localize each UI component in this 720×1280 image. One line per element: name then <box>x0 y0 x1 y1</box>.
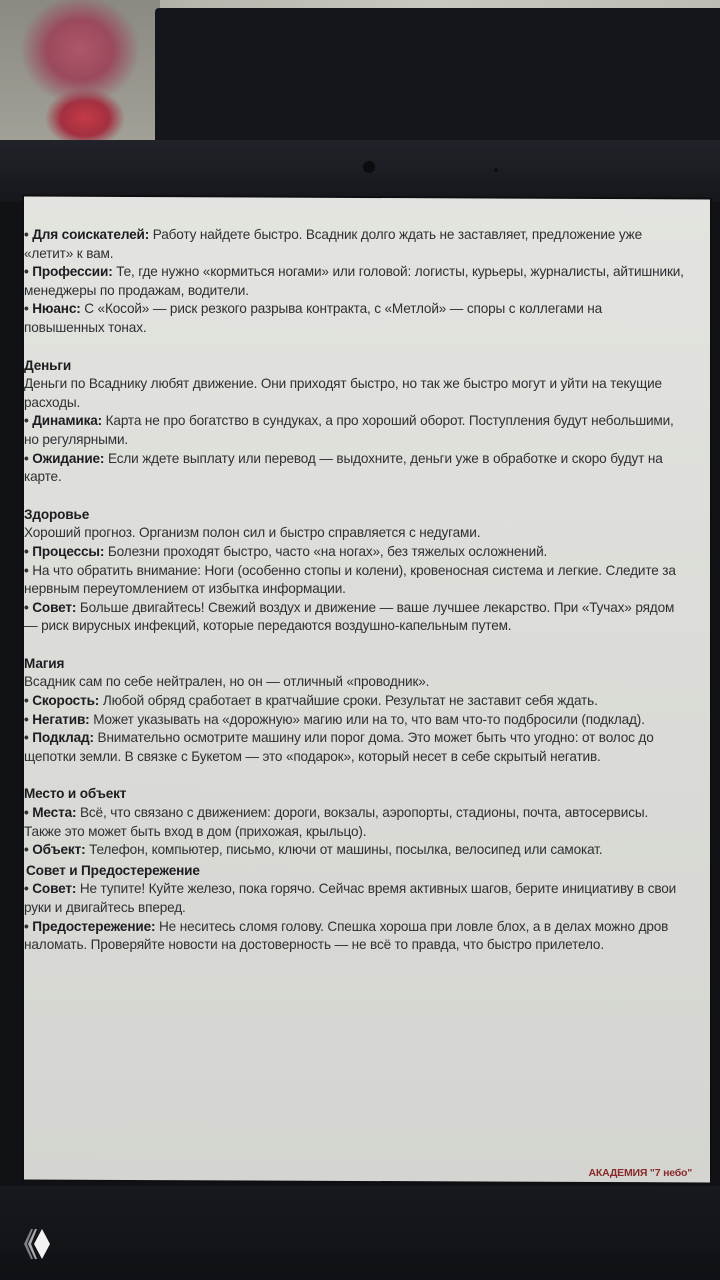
bullet-item: Объект: Телефон, компьютер, письмо, ключ… <box>24 841 684 860</box>
section-title: Здоровье <box>24 506 684 525</box>
camera-indicator <box>494 168 498 172</box>
document-content: Для соискателей: Работу найдете быстро. … <box>24 226 684 955</box>
bullet-item: Для соискателей: Работу найдете быстро. … <box>24 226 684 263</box>
bullet-item: Ожидание: Если ждете выплату или перевод… <box>24 450 684 487</box>
section-magic: Магия Всадник сам по себе нейтрален, но … <box>24 655 684 767</box>
bullet-item: Негатив: Может указывать на «дорожную» м… <box>24 711 684 730</box>
screen-bezel-bottom <box>0 1186 720 1280</box>
intro-bullets: Для соискателей: Работу найдете быстро. … <box>24 226 684 338</box>
bullet-item: Скорость: Любой обряд сработает в кратча… <box>24 692 684 711</box>
footer-brand: АКАДЕМИЯ "7 небо" <box>589 1167 692 1179</box>
bullet-item: Предостережение: Не неситесь сломя голов… <box>24 918 684 955</box>
bullet-item: Процессы: Болезни проходят быстро, часто… <box>24 543 684 562</box>
section-intro: Всадник сам по себе нейтрален, но он — о… <box>24 673 684 692</box>
section-place-object: Место и объект Места: Всё, что связано с… <box>24 785 684 859</box>
bullet-item: Места: Всё, что связано с движением: дор… <box>24 804 684 841</box>
screen-bezel-top <box>0 140 720 202</box>
bullet-item: Динамика: Карта не про богатство в сунду… <box>24 412 684 449</box>
section-intro: Деньги по Всаднику любят движение. Они п… <box>24 375 684 412</box>
webcam-icon <box>363 161 375 173</box>
section-health: Здоровье Хороший прогноз. Организм полон… <box>24 506 684 636</box>
laptop-lid <box>155 8 720 148</box>
section-title: Деньги <box>24 357 684 376</box>
app-logo-icon <box>22 1226 52 1262</box>
bullet-item: Совет: Не тупите! Куйте железо, пока гор… <box>24 880 684 917</box>
flower-bouquet-photo <box>0 0 160 160</box>
bullet-item: Подклад: Внимательно осмотрите машину ил… <box>24 729 684 766</box>
bullet-item: Профессии: Те, где нужно «кормиться нога… <box>24 263 684 300</box>
bullet-item: На что обратить внимание: Ноги (особенно… <box>24 562 684 599</box>
bullet-item: Совет: Больше двигайтесь! Свежий воздух … <box>24 599 684 636</box>
section-title: Место и объект <box>24 785 684 804</box>
section-intro: Хороший прогноз. Организм полон сил и бы… <box>24 524 684 543</box>
bullet-item: Нюанс: С «Косой» — риск резкого разрыва … <box>24 300 684 337</box>
section-advice-warning: Совет и Предостережение Совет: Не тупите… <box>24 862 684 955</box>
section-title: Совет и Предостережение <box>24 862 684 881</box>
section-money: Деньги Деньги по Всаднику любят движение… <box>24 357 684 487</box>
section-title: Магия <box>24 655 684 674</box>
